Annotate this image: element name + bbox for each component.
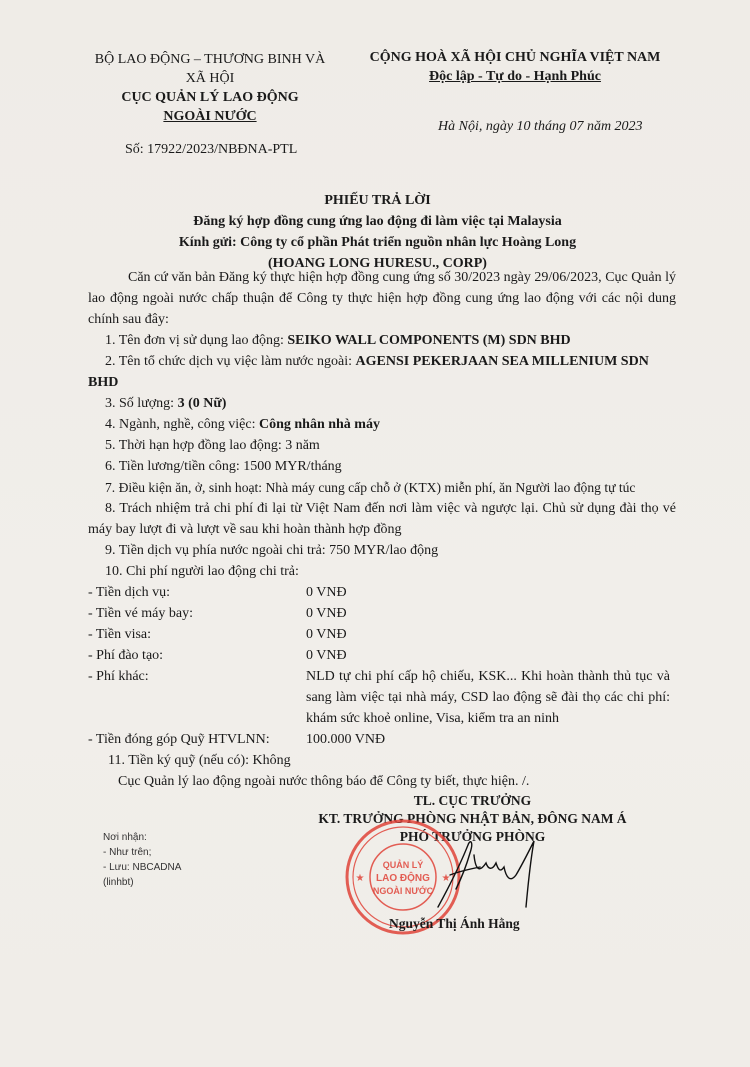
handwritten-signature-icon bbox=[430, 835, 545, 915]
item-label: 2. Tên tổ chức dịch vụ việc làm nước ngo… bbox=[105, 354, 356, 369]
fee-label: - Tiền đóng góp Quỹ HTVLNN: bbox=[88, 729, 306, 750]
national-header: CỘNG HOÀ XÃ HỘI CHỦ NGHĨA VIỆT NAM Độc l… bbox=[355, 48, 675, 86]
signer-name: Nguyễn Thị Ánh Hằng bbox=[389, 916, 520, 932]
item-value: Công nhân nhà máy bbox=[259, 417, 380, 432]
fee-value: 0 VNĐ bbox=[306, 624, 676, 645]
deposit-item: 11. Tiền ký quỹ (nếu có): Không bbox=[88, 750, 676, 771]
list-item: 3. Số lượng: 3 (0 Nữ) bbox=[88, 393, 676, 414]
fee-value: 0 VNĐ bbox=[306, 582, 676, 603]
closing-paragraph: Cục Quản lý lao động ngoài nước thông bá… bbox=[88, 771, 676, 792]
document-number: Số: 17922/2023/NBĐNA-PTL bbox=[125, 142, 297, 158]
fee-row-service: - Tiền dịch vụ: 0 VNĐ bbox=[88, 582, 676, 603]
fee-label: - Tiền dịch vụ: bbox=[88, 582, 306, 603]
fee-label: - Phí khác: bbox=[88, 666, 306, 729]
department-line-2: NGOÀI NƯỚC bbox=[80, 107, 340, 126]
list-item: 1. Tên đơn vị sử dụng lao động: SEIKO WA… bbox=[88, 330, 676, 351]
document-heading: PHIẾU TRẢ LỜI bbox=[80, 190, 675, 211]
item-value: 3 (0 Nữ) bbox=[178, 396, 227, 411]
list-item: 8. Trách nhiệm trả chi phí đi lại từ Việ… bbox=[88, 498, 676, 540]
list-item: 9. Tiền dịch vụ phía nước ngoài chi trả:… bbox=[88, 540, 676, 561]
document-title-block: PHIẾU TRẢ LỜI Đăng ký hợp đồng cung ứng … bbox=[80, 190, 675, 274]
document-body: Căn cứ văn bản Đăng ký thực hiện hợp đồn… bbox=[88, 267, 676, 792]
item-label: 3. Số lượng: bbox=[105, 396, 178, 411]
fee-row-other: - Phí khác: NLD tự chi phí cấp hộ chiếu,… bbox=[88, 666, 676, 729]
list-item: 5. Thời hạn hợp đồng lao động: 3 năm bbox=[88, 435, 676, 456]
svg-text:QUẢN LÝ: QUẢN LÝ bbox=[383, 859, 424, 870]
fee-row-fund-contribution: - Tiền đóng góp Quỹ HTVLNN: 100.000 VNĐ bbox=[88, 729, 676, 750]
svg-text:★: ★ bbox=[356, 873, 365, 884]
issuing-agency-header: BỘ LAO ĐỘNG – THƯƠNG BINH VÀ XÃ HỘI CỤC … bbox=[80, 50, 340, 126]
fee-label: - Tiền visa: bbox=[88, 624, 306, 645]
item-label: 1. Tên đơn vị sử dụng lao động: bbox=[105, 333, 287, 348]
nation-title: CỘNG HOÀ XÃ HỘI CHỦ NGHĨA VIỆT NAM bbox=[355, 48, 675, 67]
fee-label: - Tiền vé máy bay: bbox=[88, 603, 306, 624]
fee-value: NLD tự chi phí cấp hộ chiếu, KSK... Khi … bbox=[306, 666, 676, 729]
national-motto: Độc lập - Tự do - Hạnh Phúc bbox=[355, 67, 675, 86]
list-item: 10. Chi phí người lao động chi trả: bbox=[88, 561, 676, 582]
department-line-1: CỤC QUẢN LÝ LAO ĐỘNG bbox=[80, 88, 340, 107]
document-page: BỘ LAO ĐỘNG – THƯƠNG BINH VÀ XÃ HỘI CỤC … bbox=[0, 0, 750, 1067]
fee-value: 100.000 VNĐ bbox=[306, 729, 676, 750]
svg-text:LAO ĐỘNG: LAO ĐỘNG bbox=[376, 871, 430, 884]
fee-row-visa: - Tiền visa: 0 VNĐ bbox=[88, 624, 676, 645]
fee-row-airfare: - Tiền vé máy bay: 0 VNĐ bbox=[88, 603, 676, 624]
addressee: Kính gửi: Công ty cổ phần Phát triển ngu… bbox=[80, 232, 675, 253]
recipients-heading: Nơi nhận: bbox=[103, 830, 181, 845]
svg-text:NGOÀI NƯỚC: NGOÀI NƯỚC bbox=[373, 885, 434, 896]
fee-row-training: - Phí đào tạo: 0 VNĐ bbox=[88, 645, 676, 666]
ministry-line-1: BỘ LAO ĐỘNG – THƯƠNG BINH VÀ bbox=[80, 50, 340, 69]
ministry-line-2: XÃ HỘI bbox=[80, 69, 340, 88]
item-value: SEIKO WALL COMPONENTS (M) SDN BHD bbox=[287, 333, 570, 348]
recipient-line: - Lưu: NBCADNA bbox=[103, 860, 181, 875]
recipient-line: - Như trên; bbox=[103, 845, 181, 860]
fee-label: - Phí đào tạo: bbox=[88, 645, 306, 666]
recipients-list: Nơi nhận: - Như trên; - Lưu: NBCADNA (li… bbox=[103, 830, 181, 890]
list-item: 7. Điều kiện ăn, ở, sinh hoạt: Nhà máy c… bbox=[88, 477, 676, 498]
list-item: 2. Tên tổ chức dịch vụ việc làm nước ngo… bbox=[88, 351, 676, 393]
signature-delegation-line: KT. TRƯỞNG PHÒNG NHẬT BẢN, ĐÔNG NAM Á bbox=[285, 810, 660, 828]
fee-value: 0 VNĐ bbox=[306, 645, 676, 666]
intro-paragraph: Căn cứ văn bản Đăng ký thực hiện hợp đồn… bbox=[88, 267, 676, 330]
item-label: 4. Ngành, nghề, công việc: bbox=[105, 417, 259, 432]
place-date: Hà Nội, ngày 10 tháng 07 năm 2023 bbox=[438, 119, 643, 135]
document-subject: Đăng ký hợp đồng cung ứng lao động đi là… bbox=[80, 211, 675, 232]
list-item: 6. Tiền lương/tiền công: 1500 MYR/tháng bbox=[88, 456, 676, 477]
fee-value: 0 VNĐ bbox=[306, 603, 676, 624]
list-item: 4. Ngành, nghề, công việc: Công nhân nhà… bbox=[88, 414, 676, 435]
signature-authority-line: TL. CỤC TRƯỞNG bbox=[285, 792, 660, 810]
recipient-line: (linhbt) bbox=[103, 875, 181, 890]
